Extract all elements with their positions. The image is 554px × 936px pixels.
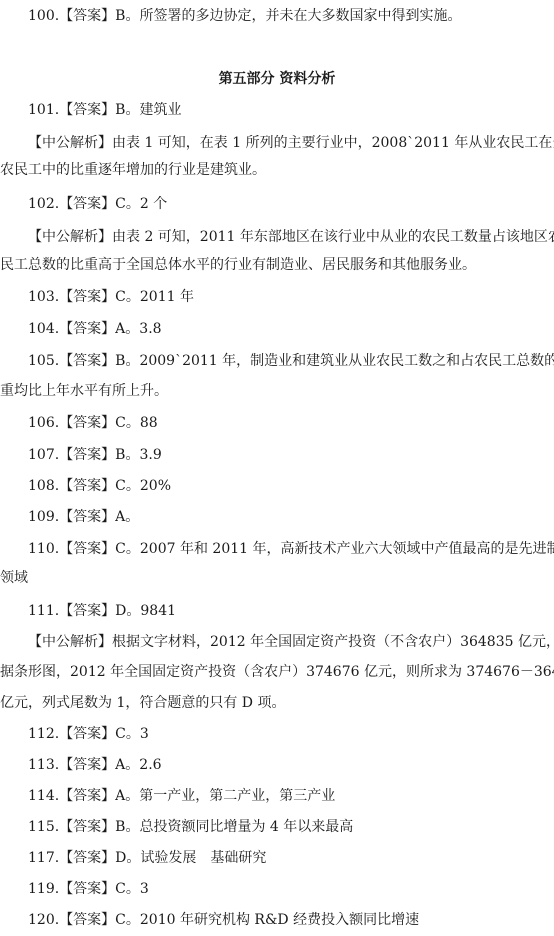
answer-110-line-1: 110.【答案】C。2007 年和 2011 年，高新技术产业六大领域中产值最高… <box>0 540 554 558</box>
answer-110-line-2: 领域 <box>0 569 554 587</box>
answer-102: 102.【答案】C。2 个 <box>0 195 554 213</box>
analysis-102-line-1: 【中公解析】由表 2 可知，2011 年东部地区在该行业中从业的农民工数量占该地… <box>0 228 554 246</box>
answer-104: 104.【答案】A。3.8 <box>0 320 554 338</box>
answer-105-line-1: 105.【答案】B。2009`2011 年，制造业和建筑业从业农民工数之和占农民… <box>0 352 554 370</box>
answer-105-line-2: 重均比上年水平有所上升。 <box>0 382 554 400</box>
section-heading: 第五部分 资料分析 <box>0 70 554 88</box>
answer-113: 113.【答案】A。2.6 <box>0 756 554 774</box>
answer-106: 106.【答案】C。88 <box>0 414 554 432</box>
analysis-111-line-3: 亿元，列式尾数为 1，符合题意的只有 D 项。 <box>0 694 554 712</box>
answer-114: 114.【答案】A。第一产业，第二产业，第三产业 <box>0 787 554 805</box>
analysis-102-line-2: 民工总数的比重高于全国总体水平的行业有制造业、居民服务和其他服务业。 <box>0 256 554 274</box>
answer-101: 101.【答案】B。建筑业 <box>0 101 554 119</box>
analysis-111-line-2: 据条形图，2012 年全国固定资产投资（含农户）374676 亿元，则所求为 3… <box>0 663 554 681</box>
answer-115: 115.【答案】B。总投资额同比增量为 4 年以来最高 <box>0 818 554 836</box>
analysis-101-line-2: 农民工中的比重逐年增加的行业是建筑业。 <box>0 161 554 179</box>
answer-120: 120.【答案】C。2010 年研究机构 R&D 经费投入额同比增速 <box>0 911 554 929</box>
analysis-101-line-1: 【中公解析】由表 1 可知，在表 1 所列的主要行业中，2008`2011 年从… <box>0 134 554 152</box>
answer-key-page: 100.【答案】B。所签署的多边协定，并未在大多数国家中得到实施。 第五部分 资… <box>0 0 554 936</box>
answer-112: 112.【答案】C。3 <box>0 725 554 743</box>
answer-100: 100.【答案】B。所签署的多边协定，并未在大多数国家中得到实施。 <box>0 7 554 25</box>
answer-103: 103.【答案】C。2011 年 <box>0 288 554 306</box>
answer-107: 107.【答案】B。3.9 <box>0 446 554 464</box>
answer-109: 109.【答案】A。 <box>0 508 554 526</box>
answer-119: 119.【答案】C。3 <box>0 880 554 898</box>
answer-111: 111.【答案】D。9841 <box>0 602 554 620</box>
answer-108: 108.【答案】C。20% <box>0 477 554 495</box>
analysis-111-line-1: 【中公解析】根据文字材料，2012 年全国固定资产投资（不含农户）364835 … <box>0 633 554 651</box>
answer-117: 117.【答案】D。试验发展 基础研究 <box>0 849 554 867</box>
